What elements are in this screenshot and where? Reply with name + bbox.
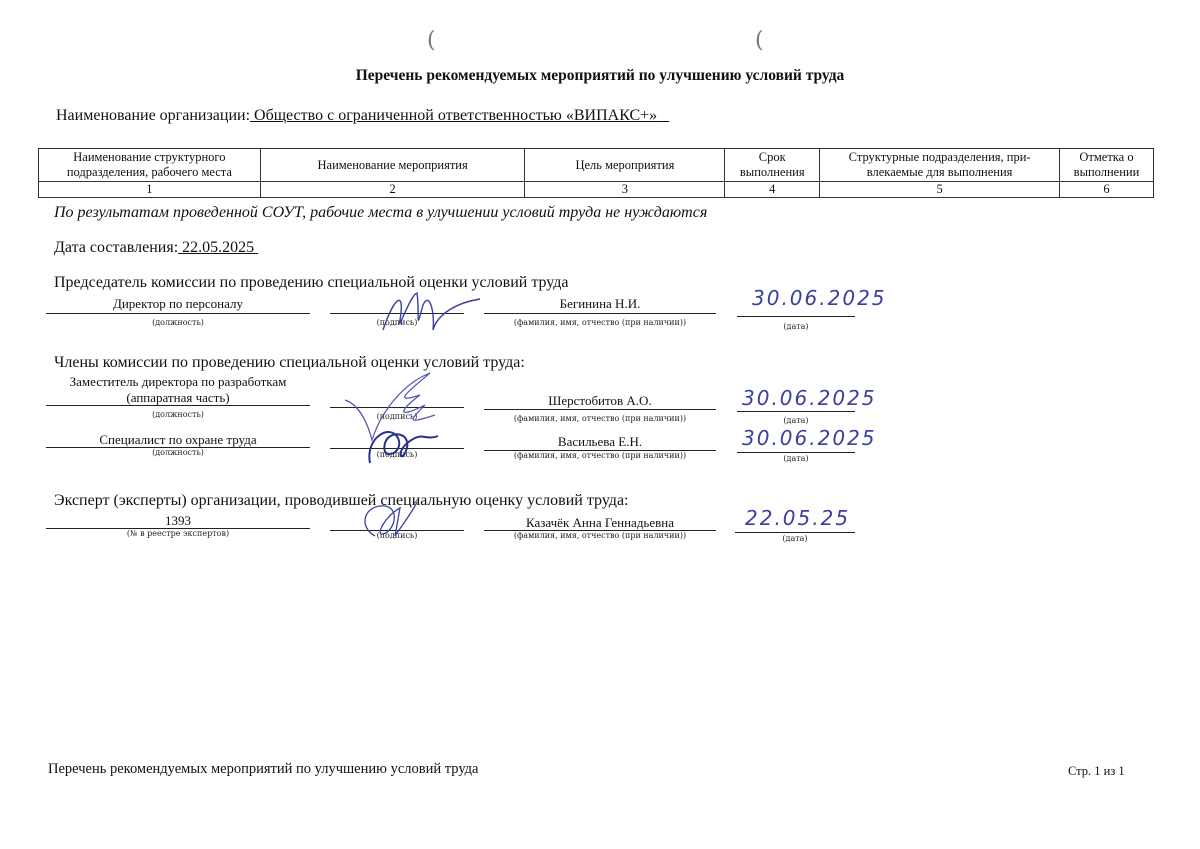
member-date: 30.06.2025 <box>742 386 877 410</box>
signature-icon <box>360 418 450 468</box>
date-caption: (дата) <box>735 534 855 543</box>
chairman-heading: Председатель комиссии по проведению спец… <box>54 274 569 292</box>
expert-name: Казачёк Анна Геннадьевна <box>484 515 716 531</box>
position-line <box>46 313 310 314</box>
fio-line <box>484 409 716 410</box>
chairman-position: Директор по персоналу <box>46 296 310 312</box>
compiled-date-row: Дата составления: 22.05.2025 <box>54 239 258 257</box>
fio-line <box>484 313 716 314</box>
position-caption: (должность) <box>46 410 310 419</box>
member-position: Специалист по охране труда <box>46 432 310 448</box>
chairman-name: Бегинина Н.И. <box>484 296 716 312</box>
footer-text: Перечень рекомендуемых мероприятий по ул… <box>48 761 478 778</box>
page-number: Стр. 1 из 1 <box>1068 764 1125 779</box>
document-title: Перечень рекомендуемых мероприятий по ул… <box>0 67 1200 85</box>
member-position: Заместитель директора по разработкам (ап… <box>46 374 310 406</box>
date-line <box>737 411 855 412</box>
column-number: 4 <box>725 182 820 198</box>
organization-row: Наименование организации: Общество с огр… <box>56 107 669 125</box>
column-number: 6 <box>1059 182 1153 198</box>
member-date: 30.06.2025 <box>742 426 877 450</box>
fio-caption: (фамилия, имя, отчество (при наличии)) <box>484 414 716 423</box>
measures-table: Наименование структурного подразделения,… <box>38 148 1154 198</box>
result-note: По результатам проведенной СОУТ, рабочие… <box>54 204 707 222</box>
position-caption: (должность) <box>46 448 310 457</box>
fio-caption: (фамилия, имя, отчество (при наличии)) <box>484 451 716 460</box>
member-name: Васильева Е.Н. <box>484 434 716 450</box>
organization-name: Общество с ограниченной ответственностью… <box>250 107 669 124</box>
date-caption: (дата) <box>737 416 855 425</box>
expert-heading: Эксперт (эксперты) организации, проводив… <box>54 492 629 510</box>
column-number: 5 <box>820 182 1060 198</box>
compiled-date-value: 22.05.2025 <box>178 239 258 256</box>
table-header-cell: Отметка о выполнении <box>1059 149 1153 182</box>
expert-date: 22.05.25 <box>745 506 850 530</box>
signature-icon <box>375 285 485 345</box>
organization-label: Наименование организации: <box>56 107 250 124</box>
date-caption: (дата) <box>737 454 855 463</box>
signature-icon <box>355 496 435 542</box>
column-number: 2 <box>260 182 525 198</box>
date-line <box>737 316 855 317</box>
table-number-row: 1 2 3 4 5 6 <box>39 182 1154 198</box>
chairman-date: 30.06.2025 <box>752 286 887 310</box>
date-caption: (дата) <box>737 322 855 331</box>
expert-registry-number: 1393 <box>46 513 310 529</box>
scan-mark-icon: ( <box>755 28 764 53</box>
member-name: Шерстобитов А.О. <box>484 393 716 409</box>
table-header-cell: Структурные подразделения, при-влекаемые… <box>820 149 1060 182</box>
column-number: 1 <box>39 182 261 198</box>
table-header-row: Наименование структурного подразделения,… <box>39 149 1154 182</box>
scan-mark-icon: ( <box>427 28 436 53</box>
position-caption: (должность) <box>46 318 310 327</box>
date-line <box>735 532 855 533</box>
compiled-date-label: Дата составления: <box>54 239 178 256</box>
registry-caption: (№ в реестре экспертов) <box>46 529 310 538</box>
table-header-cell: Наименование структурного подразделения,… <box>39 149 261 182</box>
position-line <box>46 405 310 406</box>
fio-caption: (фамилия, имя, отчество (при наличии)) <box>484 318 716 327</box>
table-header-cell: Цель мероприятия <box>525 149 725 182</box>
fio-caption: (фамилия, имя, отчество (при наличии)) <box>484 531 716 540</box>
column-number: 3 <box>525 182 725 198</box>
table-header-cell: Срок выполнения <box>725 149 820 182</box>
table-header-cell: Наименование мероприятия <box>260 149 525 182</box>
date-line <box>737 452 855 453</box>
